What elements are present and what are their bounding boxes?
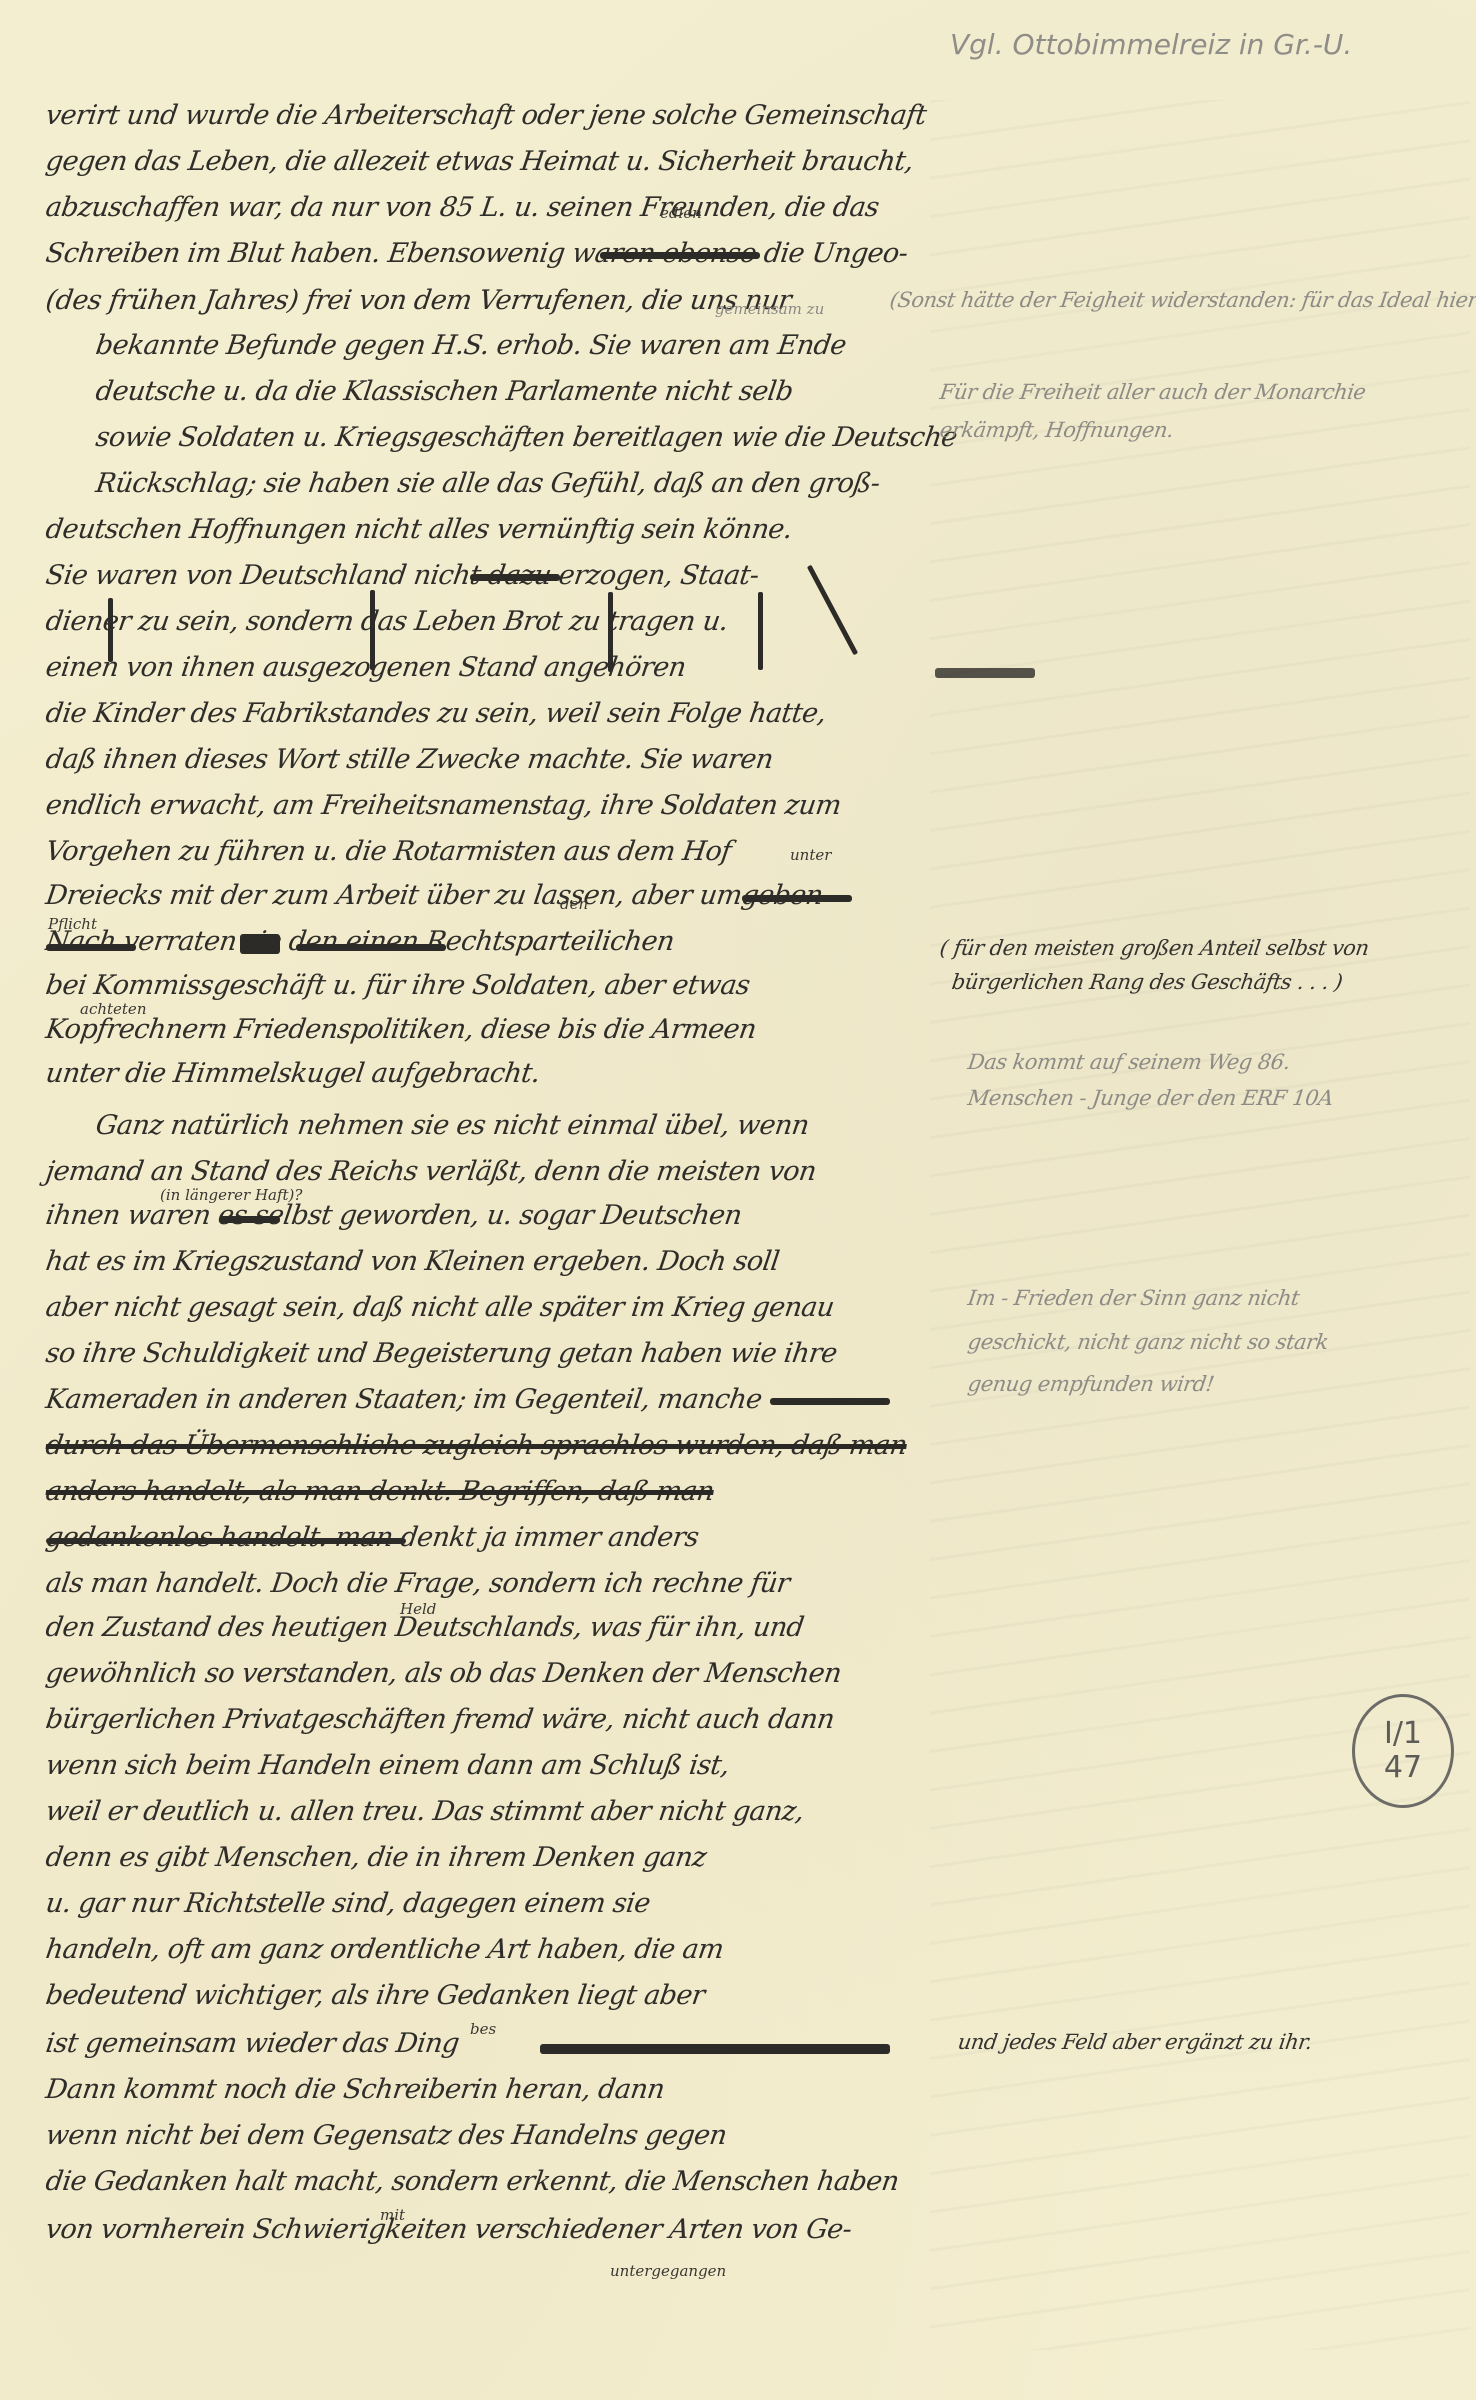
strikethrough-mark — [540, 2044, 890, 2054]
strikethrough-mark — [46, 944, 136, 951]
body-line: Kameraden in anderen Staaten; im Gegente… — [44, 1384, 764, 1415]
body-line: Ganz natürlich nehmen sie es nicht einma… — [94, 1110, 811, 1141]
body-line: Dann kommt noch die Schreiberin heran, d… — [44, 2074, 667, 2105]
archive-page: 47 — [1384, 1751, 1422, 1785]
body-line: ist gemeinsam wieder das Ding — [44, 2028, 461, 2059]
body-line: verirt und wurde die Arbeiterschaft oder… — [44, 100, 928, 131]
margin-note: genug empfunden wird! — [966, 1372, 1215, 1396]
body-line: diener zu sein, sondern das Leben Brot z… — [44, 606, 730, 637]
strikethrough-mark — [296, 944, 446, 951]
body-line: als man handelt. Doch die Frage, sondern… — [44, 1568, 792, 1599]
archive-volume: I/1 — [1384, 1717, 1422, 1751]
margin-note: Im - Frieden der Sinn ganz nicht — [966, 1286, 1300, 1310]
body-line: u. gar nur Richtstelle sind, dagegen ein… — [44, 1888, 652, 1919]
body-line: aber nicht gesagt sein, daß nicht alle s… — [44, 1292, 836, 1323]
strikethrough-mark — [600, 252, 760, 259]
transposition-stroke — [758, 592, 763, 670]
body-line: denn es gibt Menschen, die in ihrem Denk… — [44, 1842, 708, 1873]
body-line: den Zustand des heutigen Deutschlands, w… — [44, 1612, 806, 1643]
body-line: gegen das Leben, die allezeit etwas Heim… — [44, 146, 915, 177]
margin-note: Das kommt auf seinem Weg 86. — [966, 1050, 1291, 1074]
body-line: endlich erwacht, am Freiheitsnamenstag, … — [44, 790, 843, 821]
interlinear-insertion: edlen — [660, 204, 702, 222]
body-line: bei Kommissgeschäft u. für ihre Soldaten… — [44, 970, 752, 1001]
body-line: bekannte Befunde gegen H.S. erhob. Sie w… — [94, 330, 848, 361]
body-line: Schreiben im Blut haben. Ebensowenig war… — [44, 238, 910, 269]
body-line: so ihre Schuldigkeit und Begeisterung ge… — [44, 1338, 839, 1369]
body-line: gewöhnlich so verstanden, als ob das Den… — [44, 1658, 843, 1689]
body-line: bedeutend wichtiger, als ihre Gedanken l… — [44, 1980, 707, 2011]
interlinear-insertion: gemeinsam zu — [715, 300, 824, 318]
body-line: Vorgehen zu führen u. die Rotarmisten au… — [44, 836, 733, 867]
body-line: hat es im Kriegszustand von Kleinen erge… — [44, 1246, 781, 1277]
archive-number-stamp: I/1 47 — [1352, 1694, 1454, 1808]
strikethrough-mark — [220, 1216, 280, 1223]
body-line: bürgerlichen Privatgeschäften fremd wäre… — [44, 1704, 836, 1735]
body-line: daß ihnen dieses Wort stille Zwecke mach… — [44, 744, 775, 775]
body-line: wenn nicht bei dem Gegensatz des Handeln… — [44, 2120, 729, 2151]
margin-note: (Sonst hätte der Feigheit widerstanden: … — [888, 288, 1476, 312]
body-line: Kopfrechnern Friedenspolitiken, diese bi… — [44, 1014, 758, 1045]
strikethrough-mark — [742, 895, 852, 902]
ink-smear — [935, 668, 1035, 678]
body-line: von vornherein Schwierigkeiten verschied… — [44, 2214, 854, 2245]
ink-blot — [240, 934, 280, 954]
body-line: einen von ihnen ausgezogenen Stand angeh… — [44, 652, 688, 683]
interlinear-insertion: bes — [470, 2020, 496, 2038]
body-line: jemand an Stand des Reichs verläßt, denn… — [44, 1156, 818, 1187]
margin-note: und jedes Feld aber ergänzt zu ihr. — [956, 2030, 1313, 2054]
margin-note: geschickt, nicht ganz nicht so stark — [966, 1330, 1329, 1354]
body-line: die Kinder des Fabrikstandes zu sein, we… — [44, 698, 828, 729]
body-line: weil er deutlich u. allen treu. Das stim… — [44, 1796, 806, 1827]
body-line-struck: anders handelt, als man denkt. Begriffen… — [44, 1476, 716, 1507]
body-line-struck: durch das Übermenschliche zugleich sprac… — [44, 1430, 909, 1461]
body-line: wenn sich beim Handeln einem dann am Sch… — [44, 1750, 731, 1781]
body-line: deutsche u. da die Klassischen Parlament… — [94, 376, 795, 407]
body-line: deutschen Hoffnungen nicht alles vernünf… — [44, 514, 794, 545]
body-line: (des frühen Jahres) frei von dem Verrufe… — [44, 285, 793, 316]
margin-note: ( für den meisten großen Anteil selbst v… — [938, 936, 1370, 960]
body-line: Sie waren von Deutschland nicht dazu erz… — [44, 560, 761, 591]
body-line: Rückschlag; sie haben sie alle das Gefüh… — [94, 468, 882, 499]
strikethrough-mark — [770, 1398, 890, 1405]
interlinear-insertion: untergegangen — [610, 2262, 726, 2280]
body-line: sowie Soldaten u. Kriegsgeschäften berei… — [94, 422, 959, 453]
margin-note: bürgerlichen Rang des Geschäfts . . . ) — [950, 970, 1344, 994]
body-line: Nach verraten sie den einen Rechtspartei… — [44, 926, 676, 957]
body-line: handeln, oft am ganz ordentliche Art hab… — [44, 1934, 726, 1965]
body-line: die Gedanken halt macht, sondern erkennt… — [44, 2166, 901, 2197]
interlinear-insertion: den — [560, 895, 588, 913]
margin-note: erkämpft, Hoffnungen. — [938, 418, 1175, 442]
body-line: abzuschaffen war, da nur von 85 L. u. se… — [44, 192, 881, 223]
strikethrough-mark — [470, 574, 560, 581]
header-reference-note: Vgl. Ottobimmelreiz in Gr.-U. — [950, 28, 1352, 61]
margin-note: Für die Freiheit aller auch der Monarchi… — [938, 380, 1367, 404]
margin-note: Menschen - Junge der den ERF 10A — [966, 1086, 1334, 1110]
body-line: unter die Himmelskugel aufgebracht. — [44, 1058, 542, 1089]
interlinear-insertion: unter — [790, 846, 831, 864]
body-line: ihnen waren es selbst geworden, u. sogar… — [44, 1200, 744, 1231]
body-line: Dreiecks mit der zum Arbeit über zu lass… — [44, 880, 825, 911]
strikethrough-mark — [46, 1538, 406, 1544]
